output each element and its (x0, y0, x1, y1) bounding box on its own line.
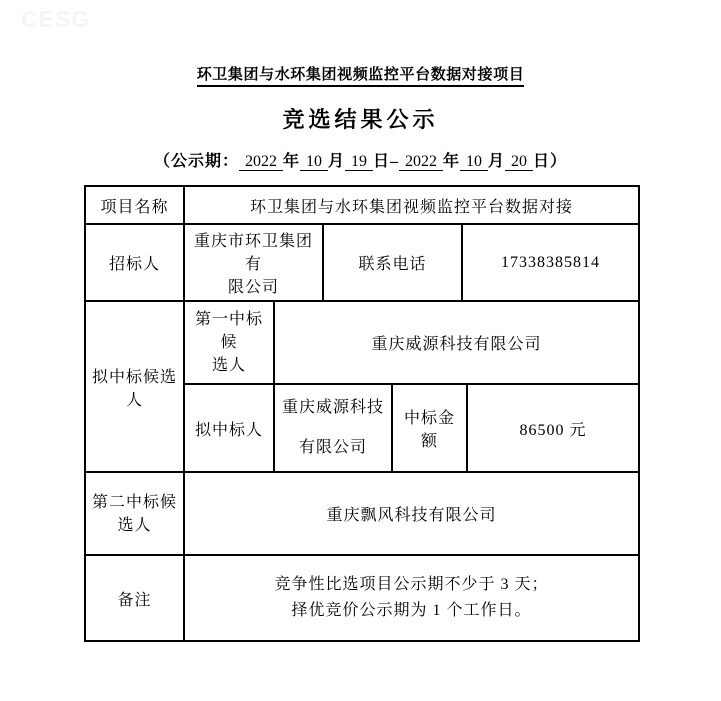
table-row: 招标人 重庆市环卫集团有 限公司 联系电话 17338385814 (85, 224, 639, 301)
first-candidate-name: 重庆威源科技有限公司 (274, 301, 639, 384)
period-start-month: 10 (300, 153, 328, 171)
second-candidate-name: 重庆飘风科技有限公司 (184, 472, 639, 555)
remark-label: 备注 (85, 555, 184, 641)
period-end-year: 2022 (399, 153, 443, 171)
candidates-label: 拟中标候选 人 (85, 301, 184, 472)
second-candidate-label: 第二中标候 选人 (85, 472, 184, 555)
proposed-winner-name: 重庆威源科技 有限公司 (274, 384, 392, 472)
period-start-month-label: 月 (328, 153, 345, 170)
period-start-year-label: 年 (283, 153, 300, 170)
contact-phone-value: 17338385814 (462, 224, 639, 301)
table-row: 备注 竞争性比选项目公示期不少于 3 天； 择优竞价公示期为 1 个工作日。 (85, 555, 639, 641)
table-row: 第二中标候 选人 重庆飘风科技有限公司 (85, 472, 639, 555)
period-start-day: 19 (345, 153, 373, 171)
award-amount-label: 中标金额 (392, 384, 467, 472)
watermark-logo: CESG (21, 6, 90, 33)
project-name-value: 环卫集团与水环集团视频监控平台数据对接 (184, 186, 639, 224)
period-end-month-label: 月 (488, 153, 505, 170)
page-subtitle: 竞选结果公示 (0, 103, 721, 134)
period-end-year-label: 年 (443, 153, 460, 170)
remark-text: 竞争性比选项目公示期不少于 3 天； 择优竞价公示期为 1 个工作日。 (184, 555, 639, 641)
results-table: 项目名称 环卫集团与水环集团视频监控平台数据对接 招标人 重庆市环卫集团有 限公… (84, 185, 640, 642)
table-row: 项目名称 环卫集团与水环集团视频监控平台数据对接 (85, 186, 639, 224)
page-title-text: 环卫集团与水环集团视频监控平台数据对接项目 (197, 67, 525, 87)
period-end-month: 10 (460, 153, 488, 171)
period-end-day-label: 日） (533, 153, 567, 170)
tenderer-name: 重庆市环卫集团有 限公司 (184, 224, 323, 301)
award-amount-value: 86500 元 (467, 384, 639, 472)
tenderer-label: 招标人 (85, 224, 184, 301)
project-name-label: 项目名称 (85, 186, 184, 224)
page-title: 环卫集团与水环集团视频监控平台数据对接项目 (0, 63, 721, 84)
period-end-day: 20 (505, 153, 533, 171)
period-prefix: （公示期： (154, 153, 239, 170)
period-start-day-label: 日– (373, 153, 399, 170)
first-candidate-label: 第一中标候 选人 (184, 301, 274, 384)
announcement-period: （公示期：2022年10月19日–2022年10月20日） (0, 148, 721, 171)
table-row: 拟中标候选 人 第一中标候 选人 重庆威源科技有限公司 (85, 301, 639, 384)
period-start-year: 2022 (239, 153, 283, 171)
contact-phone-label: 联系电话 (323, 224, 462, 301)
proposed-winner-label: 拟中标人 (184, 384, 274, 472)
